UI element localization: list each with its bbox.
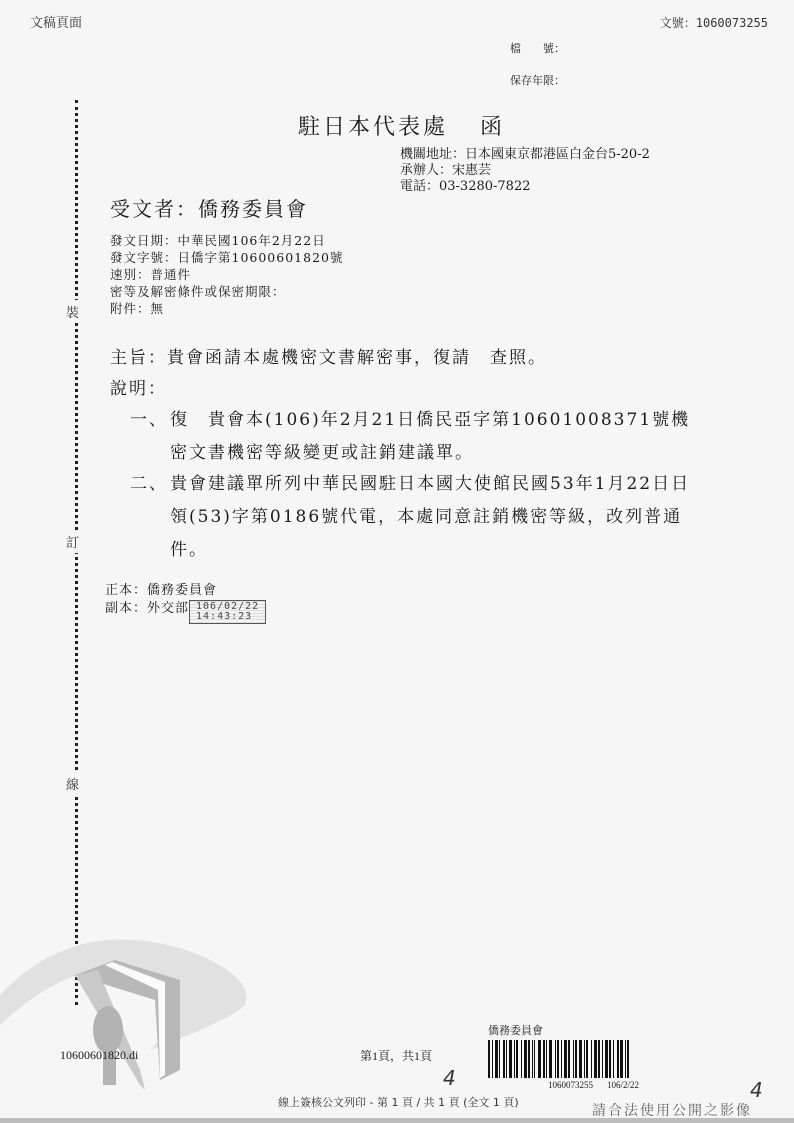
explanation-item: 一、 復 貴會本(106)年2月21日僑民亞字第10601008371號機密文書… (130, 404, 700, 470)
binding-mark-xian: 線 (66, 772, 79, 795)
handwritten-mark: 4 (443, 1066, 456, 1090)
title-type: 函 (480, 115, 505, 140)
barcode-icon (488, 1040, 678, 1078)
recipient: 受文者：僑務委員會 (110, 193, 308, 222)
attachments: 附件：無 (110, 300, 343, 317)
file-number-label: 檔 號： (510, 40, 565, 56)
page-count: 第1頁，共1頁 (360, 1047, 432, 1064)
sender-address: 機關地址：日本國東京都港區白金台5-20-2 (400, 147, 650, 163)
page-label: 文稿頁面 (30, 12, 82, 31)
urgency: 速別：普通件 (110, 266, 343, 283)
barcode-block: 僑務委員會 1060073255106/2/22 (488, 1022, 678, 1090)
barcode-caption: 1060073255106/2/22 (488, 1080, 678, 1090)
handwritten-mark: 4 (750, 1078, 763, 1102)
archive-watermark-icon (0, 920, 260, 1090)
binding-mark-ding: 訂 (66, 530, 79, 553)
source-filename: 10600601820.di (60, 1048, 138, 1063)
scan-edge (0, 1118, 794, 1123)
original-to: 正本：僑務委員會 (105, 582, 266, 600)
title-org: 駐日本代表處 (298, 115, 448, 140)
document-meta: 發文日期：中華民國106年2月22日 發文字號：日僑字第10600601820號… (110, 232, 343, 317)
retention-label: 保存年限： (510, 72, 565, 88)
doc-number-label: 文號： (660, 16, 696, 30)
timestamp-stamp: 106/02/2214:43:23 (189, 600, 266, 624)
classification: 密等及解密條件或保密期限： (110, 283, 343, 300)
usage-notice: 請合法使用公開之影像 (592, 1100, 752, 1120)
subject: 主旨：貴會函請本處機密文書解密事，復請 查照。 (110, 343, 547, 368)
item-text: 貴會建議單所列中華民國駐日本國大使館民國53年1月22日日領(53)字第0186… (130, 468, 700, 567)
item-number: 一、 (130, 404, 168, 437)
copy-to-label: 副本：外交部 (105, 601, 189, 616)
letter-title: 駐日本代表處函 (298, 110, 505, 141)
explanation-label: 說明： (110, 374, 167, 399)
copy-to: 副本：外交部106/02/2214:43:23 (105, 600, 266, 624)
sender-phone: 電話：03-3280-7822 (400, 179, 650, 195)
barcode-org: 僑務委員會 (488, 1022, 678, 1038)
issue-number: 發文字號：日僑字第10600601820號 (110, 249, 343, 266)
item-text: 復 貴會本(106)年2月21日僑民亞字第10601008371號機密文書機密等… (130, 404, 700, 470)
sender-info: 機關地址：日本國東京都港區白金台5-20-2 承辦人：宋惠芸 電話：03-328… (400, 147, 650, 195)
binding-mark-zhuang: 裝 (66, 300, 79, 323)
issue-date: 發文日期：中華民國106年2月22日 (110, 232, 343, 249)
doc-number-value: 1060073255 (696, 16, 768, 30)
sender-handler: 承辦人：宋惠芸 (400, 163, 650, 179)
explanation-item: 二、 貴會建議單所列中華民國駐日本國大使館民國53年1月22日日領(53)字第0… (130, 468, 700, 567)
print-info: 線上簽核公文列印 - 第 1 頁 / 共 1 頁 (全文 1 頁) (278, 1094, 519, 1110)
barcode-date: 106/2/22 (607, 1080, 639, 1090)
doc-number: 文號：1060073255 (660, 14, 768, 31)
distribution: 正本：僑務委員會 副本：外交部106/02/2214:43:23 (105, 582, 266, 624)
item-number: 二、 (130, 468, 168, 501)
stamp-time: 14:43:23 (196, 612, 259, 622)
barcode-number: 1060073255 (548, 1080, 593, 1090)
